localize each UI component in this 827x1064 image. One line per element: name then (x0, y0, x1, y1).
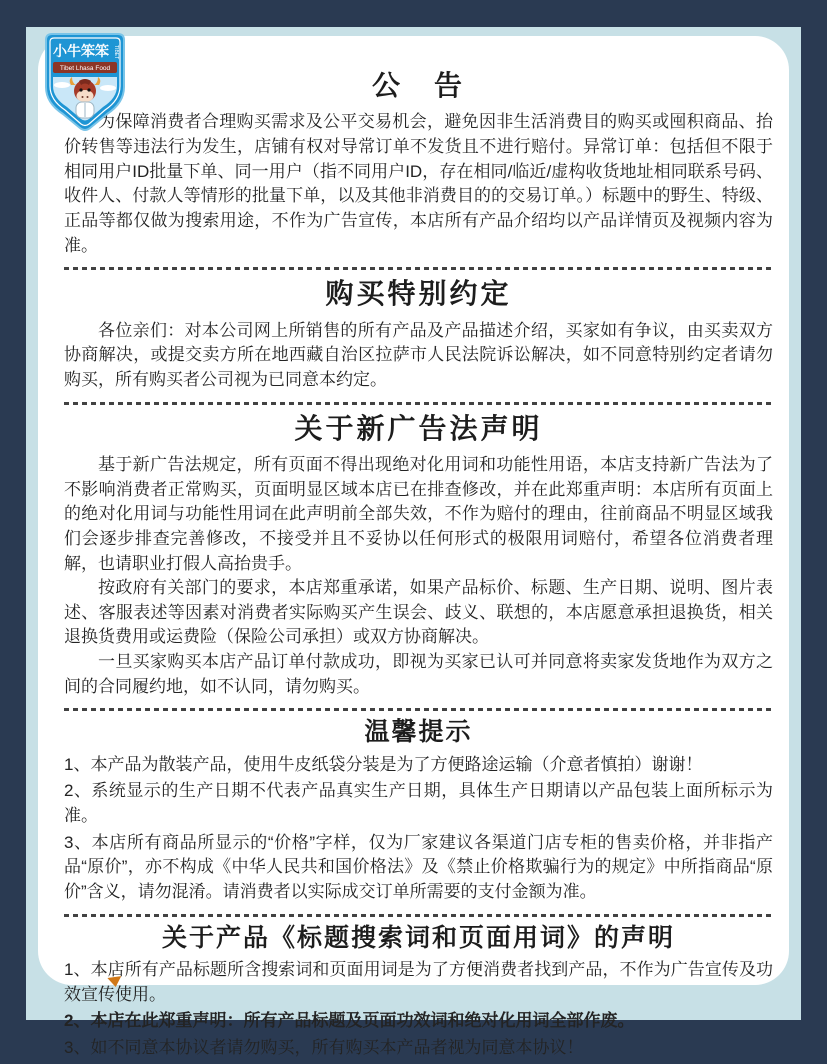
ad-law-title: 关于新广告法声明 (64, 411, 773, 447)
banner-text: Tibet Lhasa Food (60, 65, 111, 72)
ad-law-paragraph-3: 一旦买家购买本店产品订单付款成功，即视为买家已认可并同意将卖家发货地作为双方之间… (64, 650, 773, 699)
purchase-terms-body: 各位亲们：对本公司网上所销售的所有产品及产品描述介绍，买家如有争议，由买卖双方协… (64, 319, 773, 393)
title-words-item-1: 1、本店所有产品标题所含搜索词和页面用词是为了方便消费者找到产品，不作为广告宣传… (64, 958, 773, 1007)
brand-name-text: 小牛笨笨 (53, 43, 109, 59)
dashed-divider (64, 708, 773, 711)
brand-badge-logo: 小牛笨笨 TIBET Tibet Lhasa Food (44, 33, 126, 135)
inner-frame: 公 告 为保障消费者合理购买需求及公平交易机会，避免因非生活消费目的购买或囤积商… (26, 27, 801, 1020)
tips-item-2: 2、系统显示的生产日期不代表产品真实生产日期，具体生产日期请以产品包装上面所标示… (64, 779, 773, 828)
announcement-title: 公 告 (64, 68, 773, 104)
dashed-divider (64, 267, 773, 270)
promo-notice-page: { "colors": { "outer_border": "#2a3a52",… (0, 0, 827, 1064)
dashed-divider (64, 914, 773, 917)
ad-law-paragraph-1: 基于新广告法规定，所有页面不得出现绝对化用词和功能性用语，本店支持新广告法为了不… (64, 453, 773, 576)
tips-item-3: 3、本店所有商品所显示的“价格”字样，仅为厂家建议各渠道门店专柜的售卖价格，并非… (64, 831, 773, 905)
cloud-icon (100, 85, 116, 91)
announcement-body: 为保障消费者合理购买需求及公平交易机会，避免因非生活消费目的购买或囤积商品、抬价… (64, 110, 773, 258)
tips-item-1: 1、本产品为散装产品，使用牛皮纸袋分装是为了方便路途运输（介意者慎拍）谢谢！ (64, 753, 773, 778)
ad-law-paragraph-2: 按政府有关部门的要求，本店郑重承诺，如果产品标价、标题、生产日期、说明、图片表述… (64, 576, 773, 650)
dashed-divider (64, 402, 773, 405)
cloud-icon (54, 82, 70, 88)
tips-title: 温馨提示 (64, 716, 773, 749)
tibet-side-text: TIBET (113, 45, 119, 59)
orange-corner-accent-icon (107, 976, 122, 988)
shield-badge-icon: 小牛笨笨 TIBET Tibet Lhasa Food (44, 33, 126, 135)
title-words-item-3: 3、如不同意本协议者请勿购买，所有购买本产品者视为同意本协议！ (64, 1036, 773, 1061)
notice-card: 公 告 为保障消费者合理购买需求及公平交易机会，避免因非生活消费目的购买或囤积商… (38, 36, 789, 985)
purchase-terms-title: 购买特别约定 (64, 276, 773, 312)
title-words-item-2: 2、本店在此郑重声明：所有产品标题及页面功效词和绝对化用词全部作废。 (64, 1009, 773, 1034)
title-words-title: 关于产品《标题搜索词和页面用词》的声明 (64, 922, 773, 955)
